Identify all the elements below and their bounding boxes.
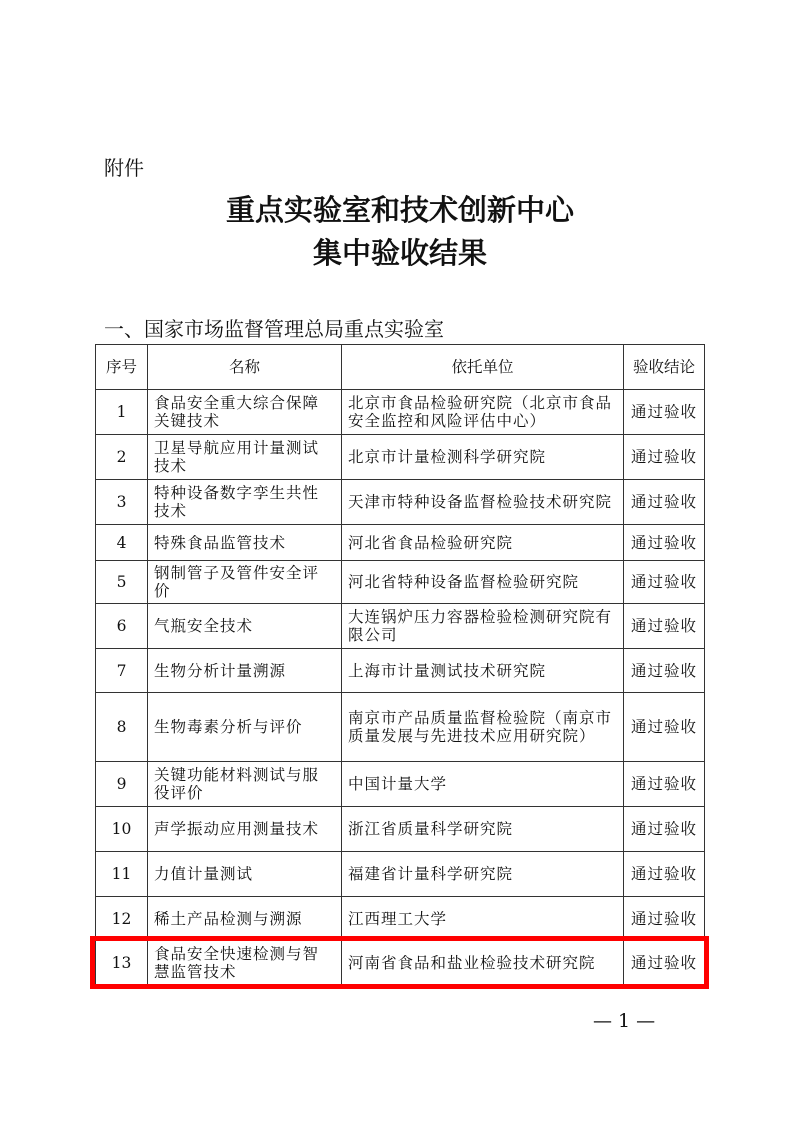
row-name: 卫星导航应用计量测试技术: [148, 435, 342, 480]
row-number: 12: [96, 897, 148, 941]
results-table: 序号 名称 依托单位 验收结论 1 食品安全重大综合保障关键技术 北京市食品检验…: [95, 344, 705, 986]
row-conclusion: 通过验收: [624, 649, 705, 693]
table-row-highlighted: 13 食品安全快速检测与智慧监管技术 河南省食品和盐业检验技术研究院 通过验收: [96, 941, 705, 986]
row-name: 特种设备数字孪生共性技术: [148, 480, 342, 525]
attachment-label: 附件: [104, 152, 144, 181]
row-number: 11: [96, 852, 148, 897]
table-row: 1 食品安全重大综合保障关键技术 北京市食品检验研究院（北京市食品安全监控和风险…: [96, 390, 705, 435]
column-header-conclusion: 验收结论: [624, 345, 705, 390]
row-conclusion: 通过验收: [624, 604, 705, 649]
row-name: 稀土产品检测与溯源: [148, 897, 342, 941]
table-row: 6 气瓶安全技术 大连锅炉压力容器检验检测研究院有限公司 通过验收: [96, 604, 705, 649]
row-number: 13: [96, 941, 148, 986]
row-number: 1: [96, 390, 148, 435]
column-header-number: 序号: [96, 345, 148, 390]
row-conclusion: 通过验收: [624, 480, 705, 525]
page-number: — 1 —: [593, 1010, 655, 1032]
row-conclusion: 通过验收: [624, 852, 705, 897]
table-row: 10 声学振动应用测量技术 浙江省质量科学研究院 通过验收: [96, 807, 705, 852]
row-conclusion: 通过验收: [624, 435, 705, 480]
row-name: 生物毒素分析与评价: [148, 693, 342, 762]
row-unit: 天津市特种设备监督检验技术研究院: [342, 480, 624, 525]
row-name: 食品安全快速检测与智慧监管技术: [148, 941, 342, 986]
row-name: 声学振动应用测量技术: [148, 807, 342, 852]
table-row: 12 稀土产品检测与溯源 江西理工大学 通过验收: [96, 897, 705, 941]
row-conclusion: 通过验收: [624, 525, 705, 561]
row-number: 3: [96, 480, 148, 525]
row-number: 6: [96, 604, 148, 649]
row-number: 9: [96, 762, 148, 807]
row-name: 生物分析计量溯源: [148, 649, 342, 693]
row-number: 8: [96, 693, 148, 762]
row-unit: 福建省计量科学研究院: [342, 852, 624, 897]
table-header-row: 序号 名称 依托单位 验收结论: [96, 345, 705, 390]
row-conclusion: 通过验收: [624, 897, 705, 941]
row-unit: 北京市计量检测科学研究院: [342, 435, 624, 480]
table-row: 4 特殊食品监管技术 河北省食品检验研究院 通过验收: [96, 525, 705, 561]
row-unit: 南京市产品质量监督检验院（南京市质量发展与先进技术应用研究院）: [342, 693, 624, 762]
table-row: 5 钢制管子及管件安全评价 河北省特种设备监督检验研究院 通过验收: [96, 561, 705, 604]
document-title-line1: 重点实验室和技术创新中心: [0, 188, 800, 229]
row-unit: 河北省特种设备监督检验研究院: [342, 561, 624, 604]
row-unit: 北京市食品检验研究院（北京市食品安全监控和风险评估中心）: [342, 390, 624, 435]
row-conclusion: 通过验收: [624, 561, 705, 604]
row-conclusion: 通过验收: [624, 390, 705, 435]
row-name: 钢制管子及管件安全评价: [148, 561, 342, 604]
table-row: 7 生物分析计量溯源 上海市计量测试技术研究院 通过验收: [96, 649, 705, 693]
section-heading: 一、国家市场监督管理总局重点实验室: [104, 313, 444, 342]
row-number: 7: [96, 649, 148, 693]
document-title-line2: 集中验收结果: [0, 231, 800, 272]
row-unit: 河北省食品检验研究院: [342, 525, 624, 561]
row-name: 气瓶安全技术: [148, 604, 342, 649]
row-conclusion: 通过验收: [624, 693, 705, 762]
row-unit: 江西理工大学: [342, 897, 624, 941]
row-unit: 浙江省质量科学研究院: [342, 807, 624, 852]
row-number: 10: [96, 807, 148, 852]
column-header-unit: 依托单位: [342, 345, 624, 390]
row-unit: 河南省食品和盐业检验技术研究院: [342, 941, 624, 986]
table-row: 9 关键功能材料测试与服役评价 中国计量大学 通过验收: [96, 762, 705, 807]
row-number: 5: [96, 561, 148, 604]
row-unit: 上海市计量测试技术研究院: [342, 649, 624, 693]
table-row: 3 特种设备数字孪生共性技术 天津市特种设备监督检验技术研究院 通过验收: [96, 480, 705, 525]
row-name: 关键功能材料测试与服役评价: [148, 762, 342, 807]
table-row: 11 力值计量测试 福建省计量科学研究院 通过验收: [96, 852, 705, 897]
row-number: 2: [96, 435, 148, 480]
row-conclusion: 通过验收: [624, 762, 705, 807]
table-row: 8 生物毒素分析与评价 南京市产品质量监督检验院（南京市质量发展与先进技术应用研…: [96, 693, 705, 762]
row-unit: 大连锅炉压力容器检验检测研究院有限公司: [342, 604, 624, 649]
row-number: 4: [96, 525, 148, 561]
row-name: 力值计量测试: [148, 852, 342, 897]
row-unit: 中国计量大学: [342, 762, 624, 807]
table-row: 2 卫星导航应用计量测试技术 北京市计量检测科学研究院 通过验收: [96, 435, 705, 480]
row-conclusion: 通过验收: [624, 941, 705, 986]
column-header-name: 名称: [148, 345, 342, 390]
row-name: 食品安全重大综合保障关键技术: [148, 390, 342, 435]
row-conclusion: 通过验收: [624, 807, 705, 852]
row-name: 特殊食品监管技术: [148, 525, 342, 561]
